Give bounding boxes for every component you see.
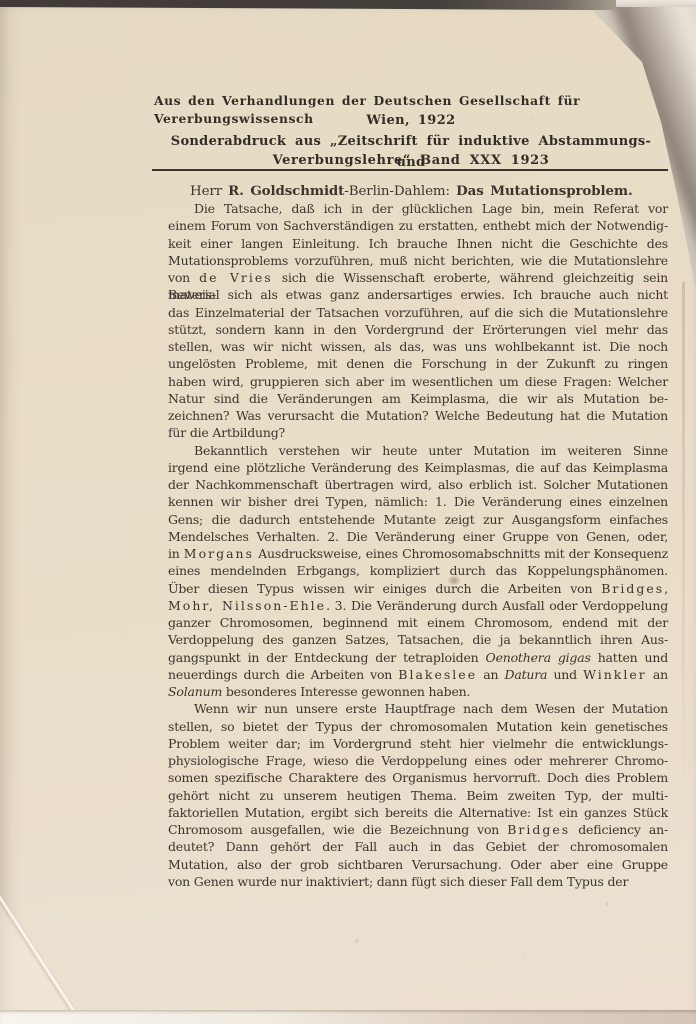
text-segment: ungelösten Probleme, mit denen die Forsc… [168, 356, 668, 371]
text-line: Verdoppelung des ganzen Satzes, Tatsache… [168, 631, 668, 648]
text-line: Problem weiter dar; im Vordergrund steht… [168, 735, 668, 752]
text-segment: der Nachkommenschaft übertragen wird, al… [168, 477, 668, 492]
text-segment: eines mendelnden Erbgangs, kompliziert d… [168, 563, 668, 578]
text-segment: irgend eine plötzliche Veränderung des K… [168, 460, 668, 475]
text-segment: R. Goldschmidt [228, 183, 344, 199]
paper-page: Aus den Verhandlungen der Deutschen Gese… [0, 0, 696, 1024]
text-line: einem Forum von Sachverständigen zu erst… [168, 217, 668, 234]
paragraph: Bekanntlich verstehen wir heute unter Mu… [168, 442, 668, 701]
text-segment: Solanum [168, 684, 222, 699]
text-segment: Mendelsches Verhalten. 2. Die Veränderun… [168, 529, 668, 544]
paragraph: Die Tatsache, daß ich in der glücklichen… [168, 200, 668, 442]
text-line: eines mendelnden Erbgangs, kompliziert d… [168, 562, 668, 579]
text-segment: Problem weiter dar; im Vordergrund steht… [168, 736, 668, 751]
page-bottom-edge [0, 1010, 696, 1024]
text-line: Solanum besonderes Interesse gewonnen ha… [168, 683, 668, 700]
text-segment: Datura [505, 667, 548, 682]
text-segment: keit einer langen Einleitung. Ich brauch… [168, 236, 668, 251]
text-segment: Gens; die dadurch entstehende Mutante ze… [168, 512, 668, 527]
text-segment: Oenothera gigas [486, 650, 591, 665]
text-line: stützt, sondern kann in den Vordergrund … [168, 321, 668, 338]
text-line: faktoriellen Mutation, ergibt sich berei… [168, 804, 668, 821]
text-segment: an [477, 667, 504, 682]
text-line: von de Vries sich die Wissenschaft erobe… [168, 269, 668, 286]
text-segment: stellen, so bietet der Typus der chromos… [168, 719, 668, 734]
text-segment: besonderes Interesse gewonnen haben. [222, 684, 470, 699]
text-line: stellen, was wir nicht wissen, als das, … [168, 338, 668, 355]
text-segment: deutet? Dann gehört der Fall auch in das… [168, 839, 668, 854]
header-offprint-line1: Sonderabdruck aus „Zeitschrift für induk… [154, 131, 668, 152]
text-line: stellen, so bietet der Typus der chromos… [168, 718, 668, 735]
text-line: von Genen wurde nur inaktiviert; dann fü… [168, 873, 668, 890]
paper-stain [448, 576, 460, 585]
text-segment: Chromosom ausgefallen, wie die Bezeichnu… [168, 822, 507, 837]
text-segment: stellen, was wir nicht wissen, als das, … [168, 339, 668, 354]
text-line: keit einer langen Einleitung. Ich brauch… [168, 235, 668, 252]
text-line: haben wird, gruppieren sich aber im wese… [168, 373, 668, 390]
text-segment: für die Artbildung? [168, 425, 285, 440]
text-line: ungelösten Probleme, mit denen die Forsc… [168, 355, 668, 372]
header-provenance-line: Aus den Verhandlungen der Deutschen Gese… [154, 92, 668, 110]
text-line: Natur sind die Veränderungen am Keimplas… [168, 390, 668, 407]
text-line: material sich als etwas ganz andersartig… [168, 286, 668, 303]
text-segment: Bridges [601, 581, 664, 596]
text-segment: Mutationsproblems vorzuführen, muß nicht… [168, 253, 668, 268]
text-line: physiologische Frage, wieso die Verdoppe… [168, 752, 668, 769]
text-segment: , [664, 581, 668, 596]
text-line: Mohr, Nilsson-Ehle. 3. Die Veränderung d… [168, 597, 668, 614]
text-segment: haben wird, gruppieren sich aber im wese… [168, 374, 668, 389]
text-segment: Natur sind die Veränderungen am Keimplas… [168, 391, 668, 406]
text-line: somen spezifische Charaktere des Organis… [168, 769, 668, 786]
text-segment: einem Forum von Sachverständigen zu erst… [168, 218, 668, 233]
text-segment: neuerdings durch die Arbeiten von [168, 667, 398, 682]
text-line: Chromosom ausgefallen, wie die Bezeichnu… [168, 821, 668, 838]
paragraph: Wenn wir nun unsere erste Hauptfrage nac… [168, 700, 668, 890]
text-segment: Mohr, Nilsson-Ehle [168, 598, 326, 613]
text-segment: Morgans [184, 546, 254, 561]
page-right-edge [682, 282, 685, 802]
text-line: irgend eine plötzliche Veränderung des K… [168, 459, 668, 476]
text-segment: von [168, 270, 199, 285]
text-line: ganzer Chromosomen, beginnend mit einem … [168, 614, 668, 631]
text-segment: Bekanntlich verstehen wir heute unter Mu… [194, 443, 668, 458]
text-segment: gangspunkt in der Entdeckung der tetrapl… [168, 650, 486, 665]
text-segment: Bridges [507, 822, 570, 837]
text-segment: Herr [190, 184, 228, 199]
text-segment: an [647, 667, 668, 682]
header-block: Aus den Verhandlungen der Deutschen Gese… [154, 92, 668, 169]
paper-specks [0, 0, 2, 2]
text-segment: kennen wir bisher drei Typen, nämlich: 1… [168, 494, 668, 509]
text-segment: Die Tatsache, daß ich in der glücklichen… [194, 201, 668, 216]
header-divider-rule [152, 169, 668, 171]
text-segment: Blakeslee [398, 667, 477, 682]
text-line: Bekanntlich verstehen wir heute unter Mu… [168, 442, 668, 459]
text-segment: Verdoppelung des ganzen Satzes, Tatsache… [168, 632, 668, 647]
text-segment: in [168, 546, 184, 561]
text-line: Gens; die dadurch entstehende Mutante ze… [168, 511, 668, 528]
text-segment: physiologische Frage, wieso die Verdoppe… [168, 753, 668, 768]
text-segment: deficiency an- [570, 822, 668, 837]
text-segment: Das Mutationsproblem. [456, 183, 632, 199]
text-segment: material sich als etwas ganz andersartig… [168, 287, 668, 302]
text-line: kennen wir bisher drei Typen, nämlich: 1… [168, 493, 668, 510]
text-line: deutet? Dann gehört der Fall auch in das… [168, 838, 668, 855]
text-line: der Nachkommenschaft übertragen wird, al… [168, 476, 668, 493]
text-line: zeichnen? Was verursacht die Mutation? W… [168, 407, 668, 424]
text-segment: ganzer Chromosomen, beginnend mit einem … [168, 615, 668, 630]
article-title: Herr R. Goldschmidt-Berlin-Dahlem: Das M… [190, 183, 670, 200]
body-text: Die Tatsache, daß ich in der glücklichen… [168, 200, 668, 890]
text-segment: somen spezifische Charaktere des Organis… [168, 770, 668, 785]
text-line: das Einzelmaterial der Tatsachen vorzufü… [168, 304, 668, 321]
text-line: in Morgans Ausdrucksweise, eines Chromos… [168, 545, 668, 562]
text-segment: Ausdrucksweise, eines Chromosomabschnitt… [254, 546, 668, 561]
text-segment: und [547, 667, 583, 682]
text-segment: de Vries [199, 270, 273, 285]
text-segment: -Berlin-Dahlem: [344, 184, 456, 199]
text-line: für die Artbildung? [168, 424, 668, 441]
text-line: neuerdings durch die Arbeiten von Blakes… [168, 666, 668, 683]
header-offprint-line2: Vererbungslehre“ Band XXX 1923 [154, 152, 668, 169]
text-segment: von Genen wurde nur inaktiviert; dann fü… [168, 874, 628, 889]
text-line: Die Tatsache, daß ich in der glücklichen… [168, 200, 668, 217]
text-segment: . 3. Die Veränderung durch Ausfall oder … [326, 598, 668, 613]
text-segment: Mutation, also der grob sichtbaren Verur… [168, 857, 668, 872]
text-segment: gehört nicht zu unserem heutigen Thema. … [168, 788, 668, 803]
text-line: Mutation, also der grob sichtbaren Verur… [168, 856, 668, 873]
text-segment: faktoriellen Mutation, ergibt sich berei… [168, 805, 668, 820]
text-line: Wenn wir nun unsere erste Hauptfrage nac… [168, 700, 668, 717]
text-segment: Winkler [583, 667, 647, 682]
text-segment: Wenn wir nun unsere erste Hauptfrage nac… [194, 701, 668, 716]
scanned-page-scene: Aus den Verhandlungen der Deutschen Gese… [0, 0, 696, 1024]
text-segment: Über diesen Typus wissen wir einiges dur… [168, 581, 601, 596]
text-line: gehört nicht zu unserem heutigen Thema. … [168, 787, 668, 804]
text-line: Mendelsches Verhalten. 2. Die Veränderun… [168, 528, 668, 545]
text-segment: das Einzelmaterial der Tatsachen vorzufü… [168, 305, 668, 320]
text-segment: hatten und [591, 650, 668, 665]
text-line: Mutationsproblems vorzuführen, muß nicht… [168, 252, 668, 269]
text-line: gangspunkt in der Entdeckung der tetrapl… [168, 649, 668, 666]
text-segment: stützt, sondern kann in den Vordergrund … [168, 322, 668, 337]
text-line: Über diesen Typus wissen wir einiges dur… [168, 580, 668, 597]
text-segment: zeichnen? Was verursacht die Mutation? W… [168, 408, 668, 423]
